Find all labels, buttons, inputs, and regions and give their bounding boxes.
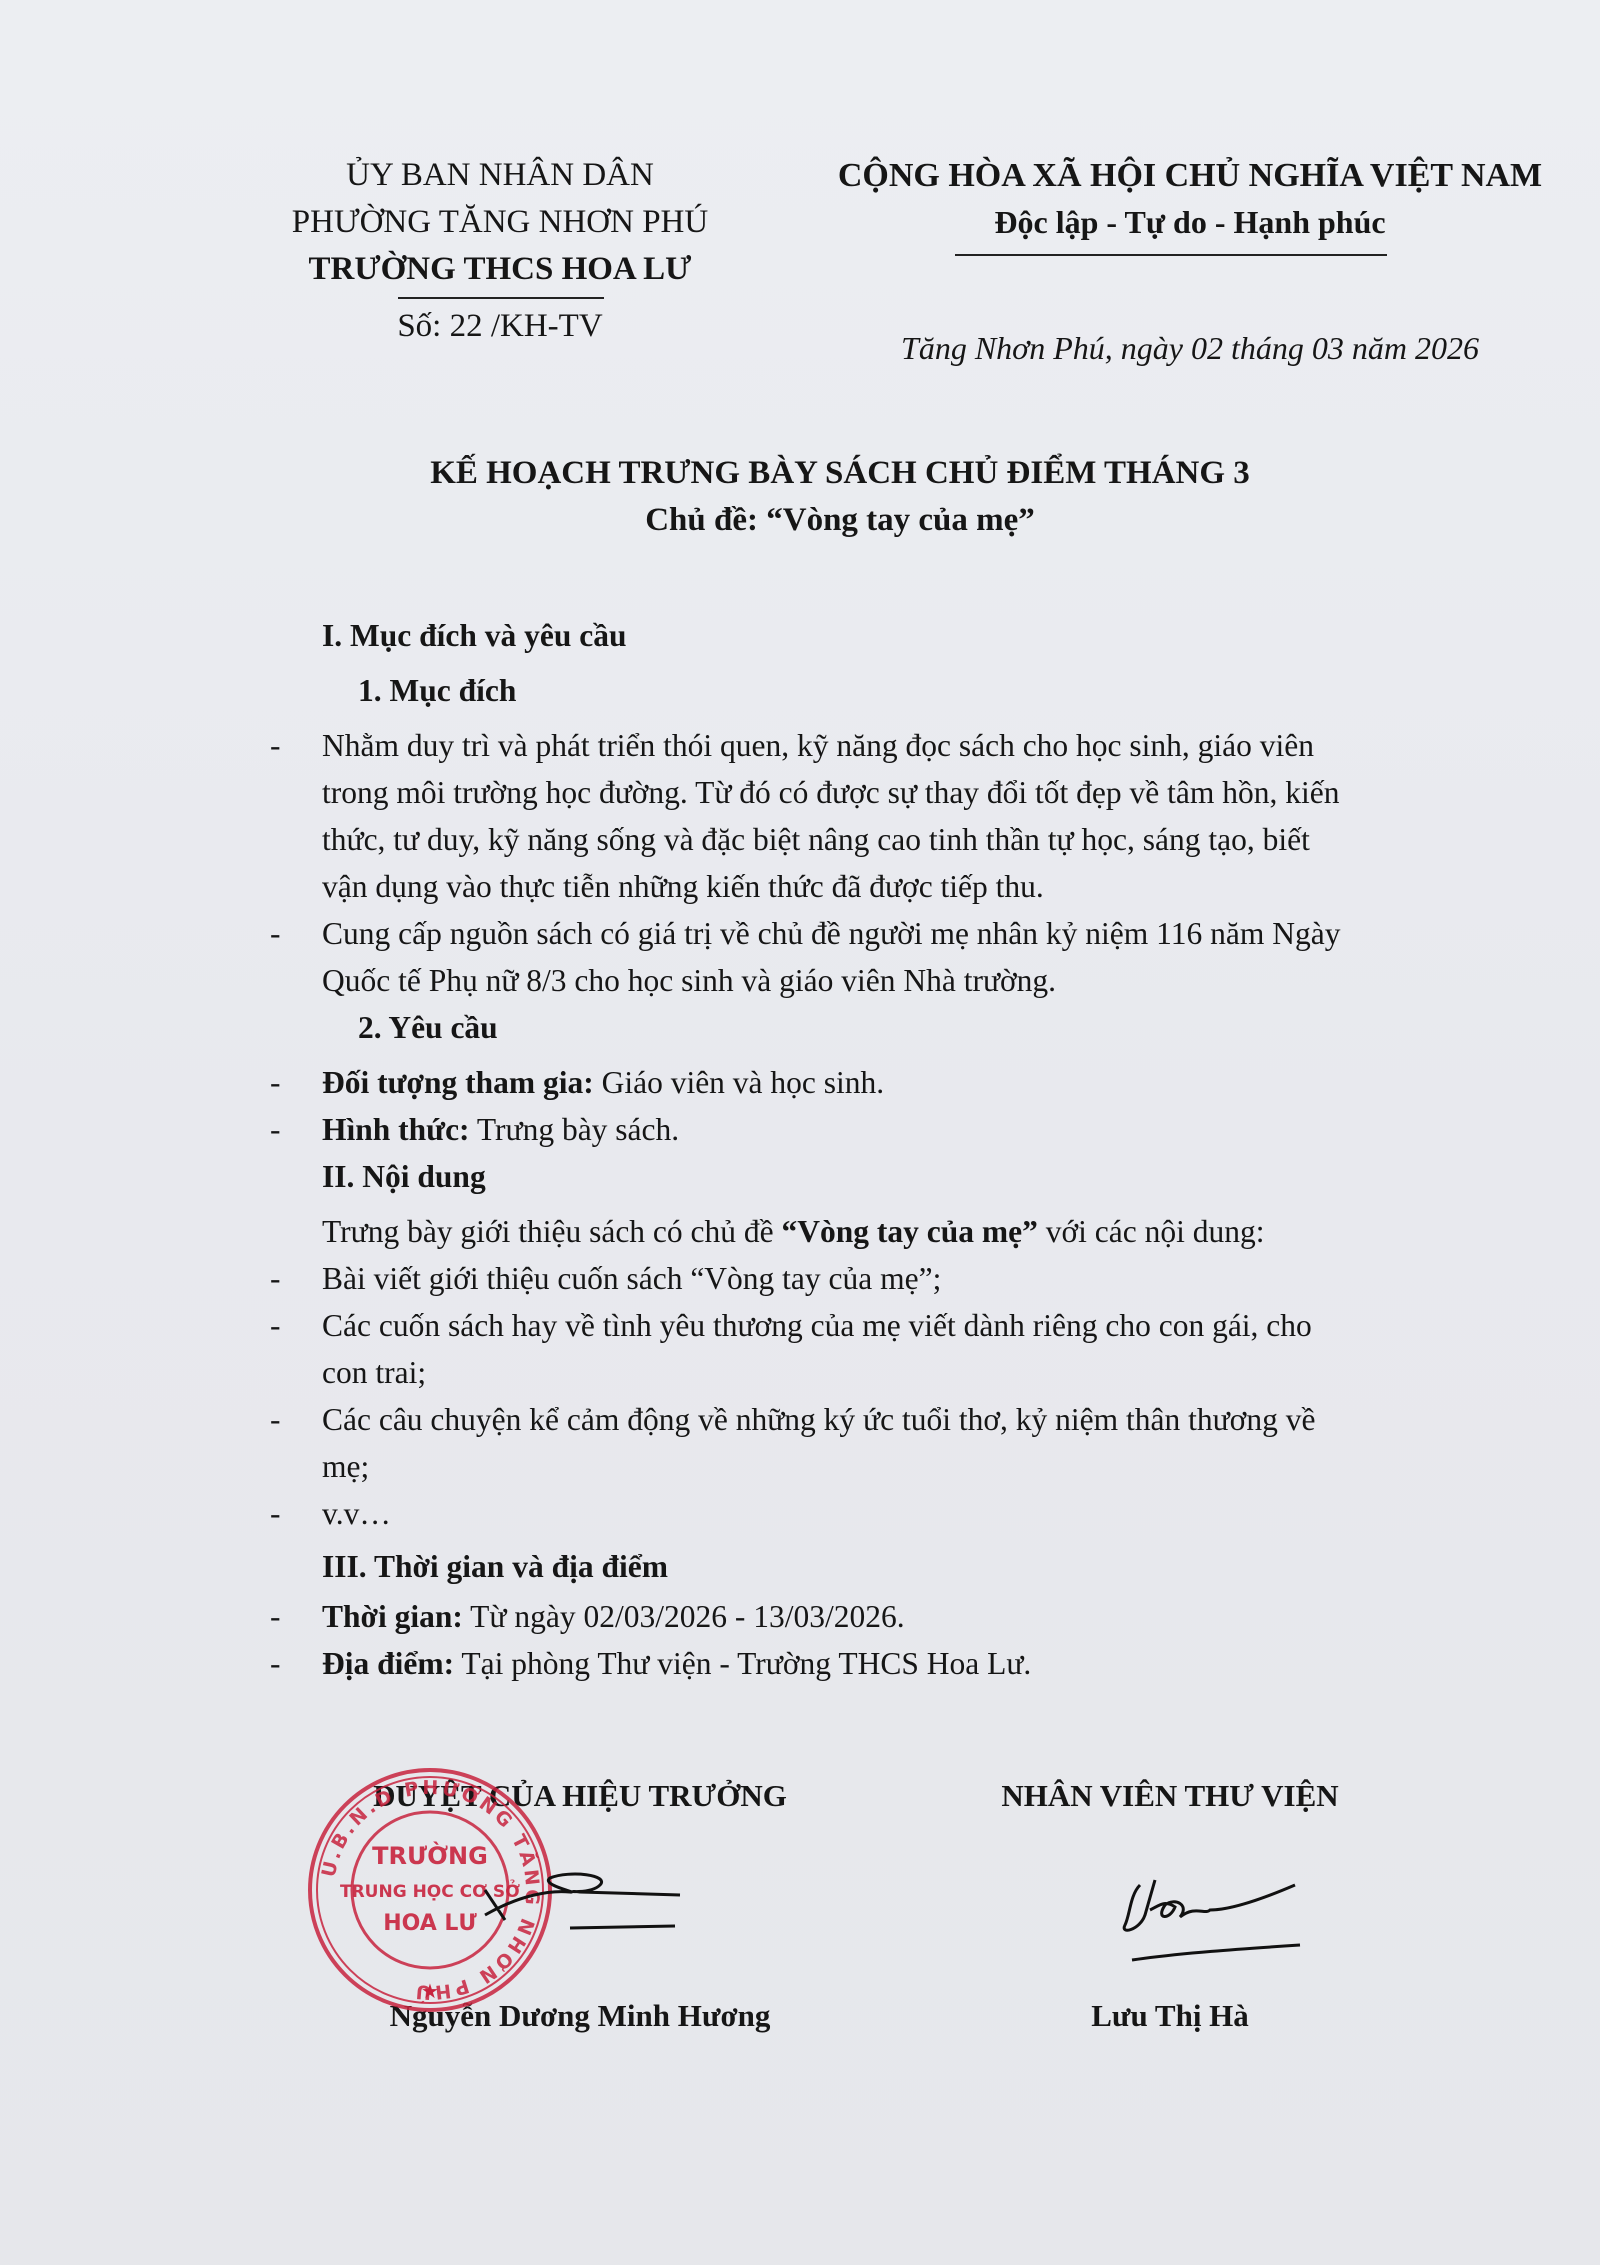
librarian-title: NHÂN VIÊN THƯ VIỆN <box>930 1778 1410 1814</box>
purpose-bullet: -Nhằm duy trì và phát triển thói quen, k… <box>322 722 1314 769</box>
bullet-dash: - <box>270 1640 281 1687</box>
subsection-heading: 1. Mục đích <box>358 673 516 708</box>
time-place-item: -Thời gian: Từ ngày 02/03/2026 - 13/03/2… <box>322 1593 905 1640</box>
section-2-heading: II. Nội dung <box>322 1153 486 1200</box>
content-bullet: con trai; <box>322 1349 426 1396</box>
content-bullet-text: v.v… <box>322 1496 391 1531</box>
item-value: Trưng bày sách. <box>470 1112 680 1147</box>
document-title-block: KẾ HOẠCH TRƯNG BÀY SÁCH CHỦ ĐIỂM THÁNG 3… <box>300 450 1380 544</box>
content-bullet: -Bài viết giới thiệu cuốn sách “Vòng tay… <box>322 1255 941 1302</box>
purpose-bullet: Quốc tế Phụ nữ 8/3 cho học sinh và giáo … <box>322 957 1056 1004</box>
subsection-heading: 2. Yêu cầu <box>358 1010 498 1045</box>
purpose-bullet: -Cung cấp nguồn sách có giá trị về chủ đ… <box>322 910 1340 957</box>
document-page: ỦY BAN NHÂN DÂN PHƯỜNG TĂNG NHƠN PHÚ TRƯ… <box>0 0 1600 2265</box>
bullet-dash: - <box>270 1059 281 1106</box>
section-3-heading: III. Thời gian và địa điểm <box>322 1543 668 1590</box>
item-value: Tại phòng Thư viện - Trường THCS Hoa Lư. <box>454 1646 1031 1681</box>
document-number: Số: 22 /KH-TV <box>250 308 750 345</box>
bullet-dash: - <box>270 1106 281 1153</box>
svg-text:TRƯỜNG: TRƯỜNG <box>372 1840 488 1870</box>
national-motto: Độc lập - Tự do - Hạnh phúc <box>800 199 1580 246</box>
document-date: Tăng Nhơn Phú, ngày 02 tháng 03 năm 2026 <box>800 330 1580 367</box>
item-label: Đối tượng tham gia: <box>322 1065 594 1100</box>
librarian-name: Lưu Thị Hà <box>930 1998 1410 2034</box>
stamp-star-icon: ★ <box>421 1981 439 2003</box>
section-1-1-heading: 1. Mục đích <box>358 667 516 714</box>
agency-line-3: TRƯỜNG THCS HOA LƯ <box>250 246 750 293</box>
item-label: Thời gian: <box>322 1599 463 1634</box>
bullet-dash: - <box>270 722 300 769</box>
item-label: Địa điểm: <box>322 1646 454 1681</box>
content-bullet-text: Các câu chuyện kể cảm động về những ký ứ… <box>322 1402 1315 1437</box>
principal-signature <box>480 1870 700 1950</box>
purpose-bullet-text: trong môi trường học đường. Từ đó có đượ… <box>322 775 1340 810</box>
section-heading: III. Thời gian và địa điểm <box>322 1549 668 1584</box>
content-bullet: -Các câu chuyện kể cảm động về những ký … <box>322 1396 1315 1443</box>
bullet-dash: - <box>270 1396 300 1443</box>
bullet-dash: - <box>270 1302 300 1349</box>
purpose-bullet-text: vận dụng vào thực tiễn những kiến thức đ… <box>322 869 1044 904</box>
section-1-heading: I. Mục đích và yêu cầu <box>322 612 627 659</box>
content-bullet: mẹ; <box>322 1443 369 1490</box>
document-title: KẾ HOẠCH TRƯNG BÀY SÁCH CHỦ ĐIỂM THÁNG 3 <box>300 450 1380 497</box>
agency-line-2: PHƯỜNG TĂNG NHƠN PHÚ <box>250 199 750 246</box>
section-heading: II. Nội dung <box>322 1159 486 1194</box>
content-bullet: -v.v… <box>322 1490 391 1537</box>
intro-text: Trưng bày giới thiệu sách có chủ đề <box>322 1214 782 1249</box>
requirement-item: -Đối tượng tham gia: Giáo viên và học si… <box>322 1059 884 1106</box>
bullet-dash: - <box>270 910 300 957</box>
purpose-bullet: vận dụng vào thực tiễn những kiến thức đ… <box>322 863 1044 910</box>
purpose-bullet: thức, tư duy, kỹ năng sống và đặc biệt n… <box>322 816 1310 863</box>
content-bullet-text: mẹ; <box>322 1449 369 1484</box>
svg-text:HOA LƯ: HOA LƯ <box>383 1911 477 1936</box>
item-label: Hình thức: <box>322 1112 470 1147</box>
bullet-dash: - <box>270 1255 300 1302</box>
time-place-item: -Địa điểm: Tại phòng Thư viện - Trường T… <box>322 1640 1031 1687</box>
purpose-bullet-text: Nhằm duy trì và phát triển thói quen, kỹ… <box>322 728 1314 763</box>
section-1-2-heading: 2. Yêu cầu <box>358 1004 498 1051</box>
bullet-dash: - <box>270 1593 281 1640</box>
purpose-bullet-text: thức, tư duy, kỹ năng sống và đặc biệt n… <box>322 822 1310 857</box>
purpose-bullet: trong môi trường học đường. Từ đó có đượ… <box>322 769 1340 816</box>
bullet-dash: - <box>270 1490 300 1537</box>
issuing-agency-block: ỦY BAN NHÂN DÂN PHƯỜNG TĂNG NHƠN PHÚ TRƯ… <box>250 152 750 293</box>
purpose-bullet-text: Cung cấp nguồn sách có giá trị về chủ đề… <box>322 916 1340 951</box>
section-2-intro: Trưng bày giới thiệu sách có chủ đề “Vòn… <box>322 1208 1264 1255</box>
content-bullet-text: Các cuốn sách hay về tình yêu thương của… <box>322 1308 1312 1343</box>
motto-underline <box>955 254 1387 256</box>
content-bullet-text: Bài viết giới thiệu cuốn sách “Vòng tay … <box>322 1261 941 1296</box>
agency-underline <box>398 297 604 299</box>
item-value: Giáo viên và học sinh. <box>594 1065 884 1100</box>
agency-line-1: ỦY BAN NHÂN DÂN <box>250 152 750 199</box>
content-bullet: -Các cuốn sách hay về tình yêu thương củ… <box>322 1302 1312 1349</box>
intro-text: với các nội dung: <box>1038 1214 1265 1249</box>
national-title: CỘNG HÒA XÃ HỘI CHỦ NGHĨA VIỆT NAM <box>800 152 1580 199</box>
intro-topic: “Vòng tay của mẹ” <box>782 1214 1038 1249</box>
purpose-bullet-text: Quốc tế Phụ nữ 8/3 cho học sinh và giáo … <box>322 963 1056 998</box>
section-heading: I. Mục đích và yêu cầu <box>322 618 627 653</box>
content-bullet-text: con trai; <box>322 1355 426 1390</box>
item-value: Từ ngày 02/03/2026 - 13/03/2026. <box>463 1599 905 1634</box>
librarian-signature <box>1120 1875 1320 1975</box>
document-topic: Chủ đề: “Vòng tay của mẹ” <box>300 497 1380 544</box>
national-header-block: CỘNG HÒA XÃ HỘI CHỦ NGHĨA VIỆT NAM Độc l… <box>800 152 1580 246</box>
requirement-item: -Hình thức: Trưng bày sách. <box>322 1106 679 1153</box>
